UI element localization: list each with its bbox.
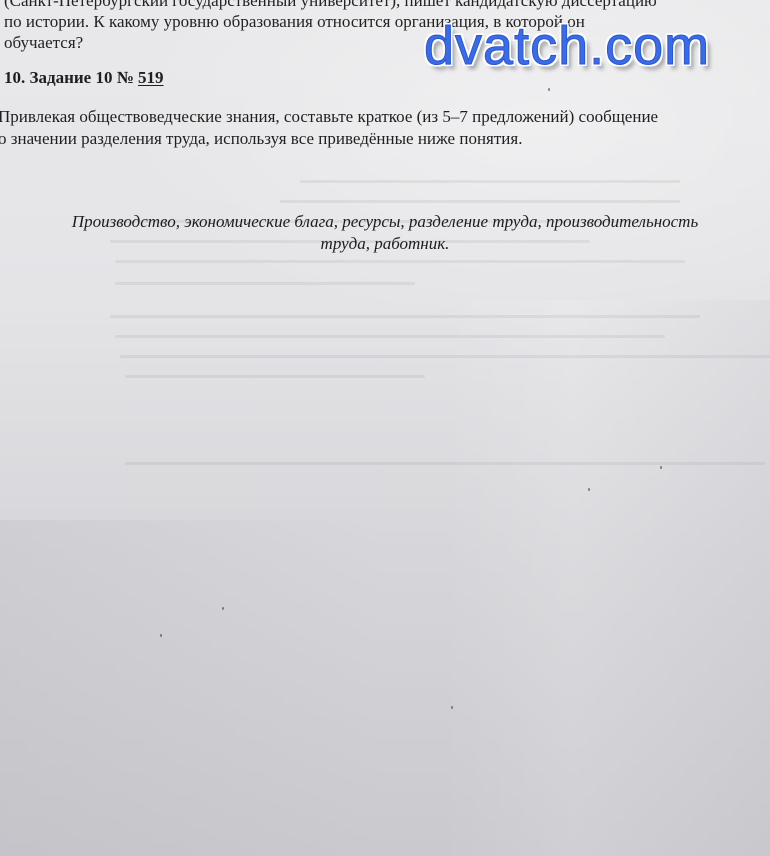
task-instruction-line: Привлекая обществоведческие знания, сост… [0,106,768,128]
previous-task-line: (Санкт-Петербургский государственный уни… [4,0,764,11]
task-number-prefix: 10. Задание 10 № [4,68,138,87]
paper-speck [548,88,550,91]
task-instruction-line: о значении разделения труда, используя в… [0,128,768,150]
paper-speck [451,706,453,709]
task-id-link[interactable]: 519 [138,68,164,87]
photographed-document-page: (Санкт-Петербургский государственный уни… [0,0,770,856]
task-concepts-line: Производство, экономические блага, ресур… [0,211,770,233]
paper-speck [160,634,162,637]
task-instruction: Привлекая обществоведческие знания, сост… [0,106,768,150]
site-watermark: dvatch.com [424,16,710,76]
paper-shadow-left [0,520,380,856]
paper-speck [222,607,224,610]
paper-speck [660,466,662,469]
task-concepts-list: Производство, экономические блага, ресур… [0,211,770,255]
paper-speck [588,488,590,491]
paper-shadow-right [440,300,770,856]
task-concepts-line: труда, работник. [0,233,770,255]
task-heading: 10. Задание 10 № 519 [4,68,164,88]
